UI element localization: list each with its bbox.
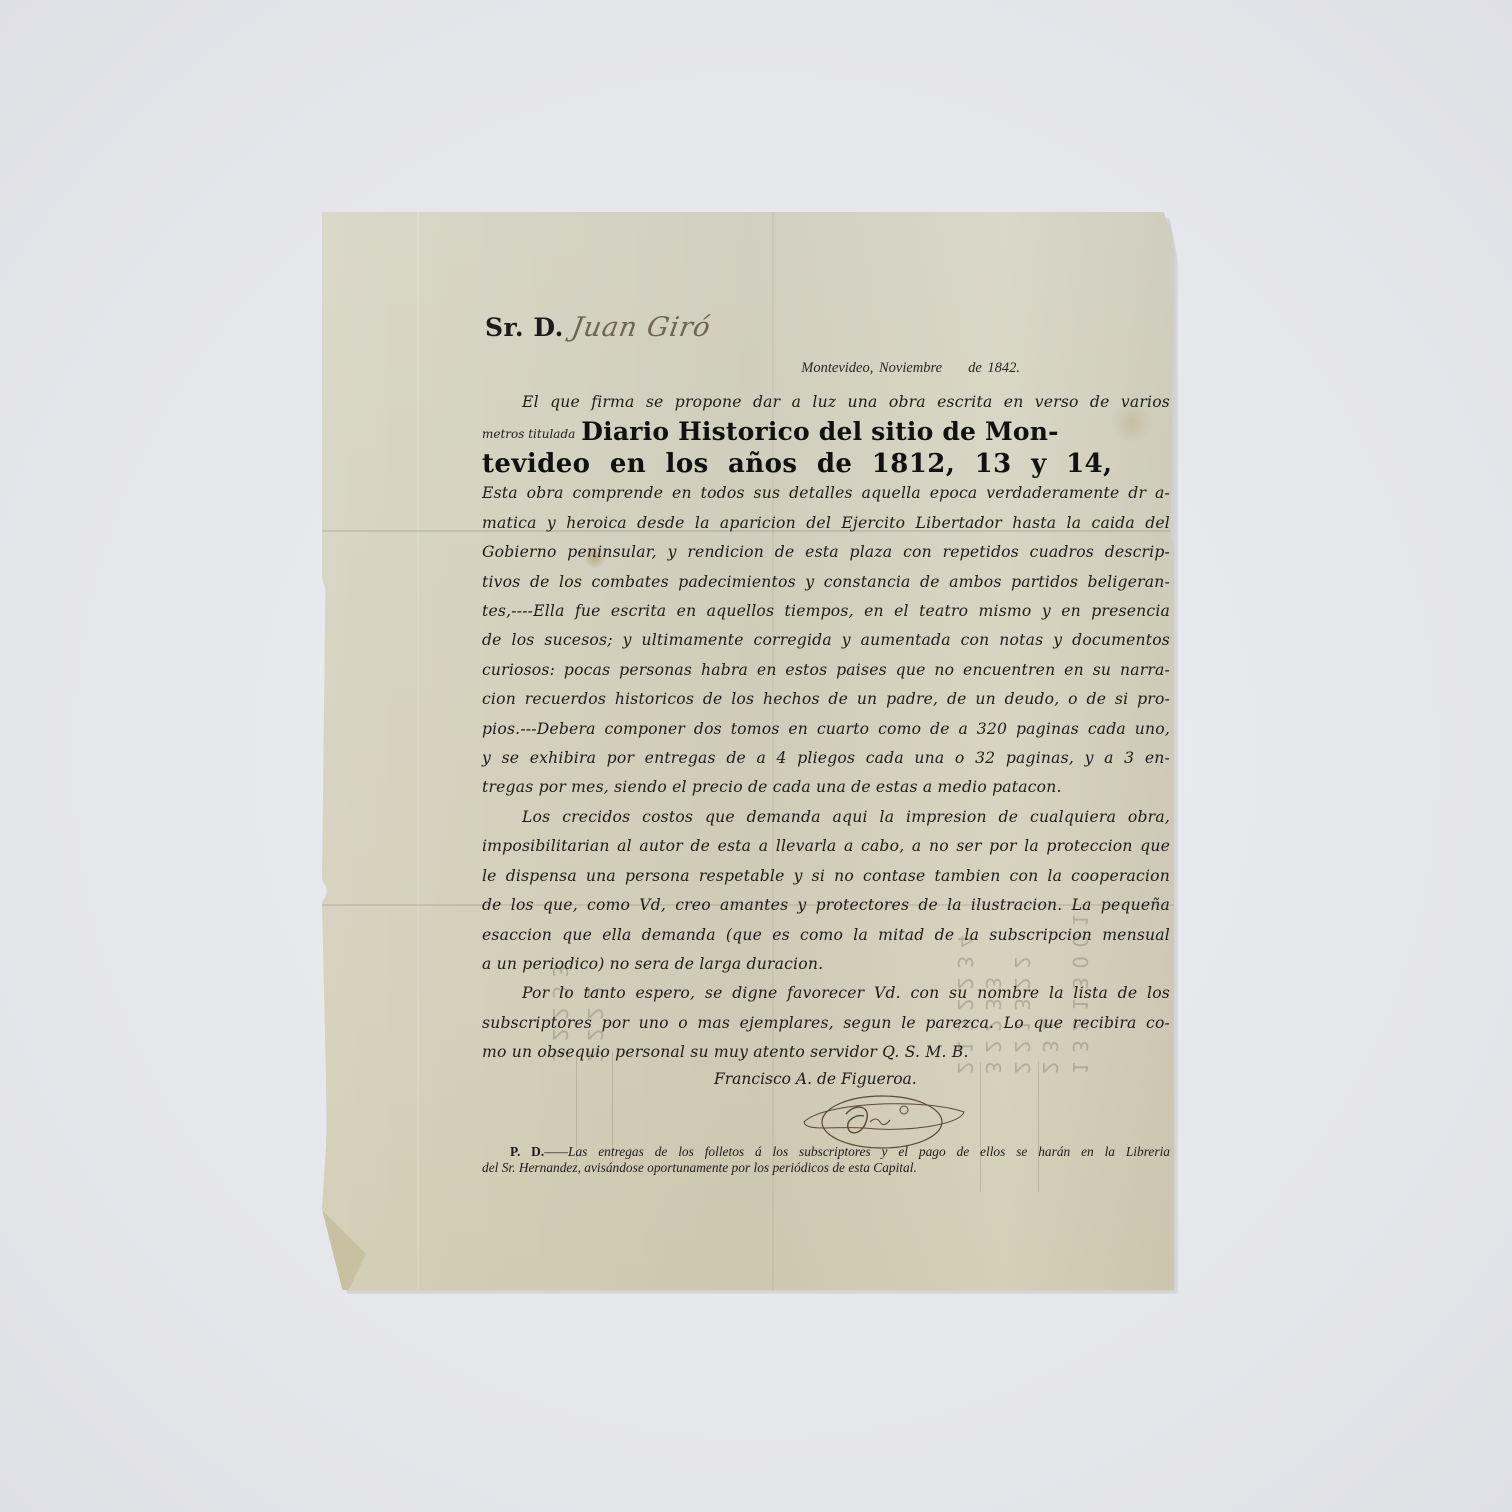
- text-line: y se exhibira por entregas de a 4 pliego…: [482, 744, 1170, 773]
- text-line: de los que, como Vd, creo amantes y prot…: [482, 891, 1170, 920]
- text-line: pios.---Debera componer dos tomos en cua…: [482, 715, 1170, 744]
- work-title-line1: Diario Historico del sitio de Mon-: [581, 417, 1058, 446]
- postscript-label: P. D.: [510, 1144, 544, 1159]
- text-line: subscriptores por uno o mas ejemplares, …: [482, 1009, 1170, 1038]
- text-line: curiosos: pocas personas habra en estos …: [482, 656, 1170, 685]
- postscript-line: del Sr. Hernandez, avisándose oportuname…: [482, 1160, 1170, 1176]
- dateline: Montevideo, Noviembrede 1842.: [801, 360, 1020, 377]
- salutation: Sr. D. Juan Giró: [485, 312, 711, 343]
- text-line: imposibilitarian al autor de esta a llev…: [482, 832, 1170, 861]
- text-line: tes,----Ella fue escrita en aquellos tie…: [482, 597, 1170, 626]
- fold-line: [417, 212, 419, 1290]
- work-title-line2: tevideo en los años de 1812, 13 y 14,: [482, 449, 1170, 479]
- text-line: tregas por mes, siendo el precio de cada…: [482, 773, 1170, 802]
- postscript-text: ——Las entregas de los folletos á los sub…: [544, 1144, 1170, 1159]
- paragraph-costs: Los crecidos costos que demanda aqui la …: [482, 803, 1170, 979]
- paragraph-request: Por lo tanto espero, se digne favorecer …: [482, 979, 1170, 1067]
- text-line: matica y heroica desde la aparicion del …: [482, 509, 1170, 538]
- text-line: le dispensa una persona respetable y si …: [482, 862, 1170, 891]
- dateline-year: de 1842.: [968, 360, 1020, 376]
- title-prefix: metros titulada: [482, 427, 575, 441]
- text-line: Los crecidos costos que demanda aqui la …: [482, 803, 1170, 832]
- letter-sheet: 3 2 2 3 3 2 2 2 2 2 1 3 2 2 3 4 3 2 2 3 …: [322, 212, 1174, 1290]
- text-line: Por lo tanto espero, se digne favorecer …: [482, 979, 1170, 1008]
- work-title: metros tituladaDiario Historico del siti…: [482, 417, 1170, 449]
- text-line: esaccion que ella demanda (que es como l…: [482, 921, 1170, 950]
- postscript: P. D.——Las entregas de los folletos á lo…: [482, 1144, 1170, 1176]
- recipient-name: Juan Giró: [569, 312, 713, 343]
- text-line: Esta obra comprende en todos sus detalle…: [482, 479, 1170, 508]
- text-line: cion recuerdos historicos de los hechos …: [482, 685, 1170, 714]
- text-line: a un periodico) no sera de larga duracio…: [482, 950, 1170, 979]
- text-line: tivos de los combates padecimientos y co…: [482, 568, 1170, 597]
- text-line: El que firma se propone dar a luz una ob…: [482, 388, 1170, 417]
- text-line: mo un obsequio personal su muy atento se…: [482, 1038, 1170, 1067]
- postscript-line: P. D.——Las entregas de los folletos á lo…: [482, 1144, 1170, 1160]
- paragraph-intro: El que firma se propone dar a luz una ob…: [482, 388, 1170, 803]
- dateline-place: Montevideo, Noviembre: [801, 360, 942, 376]
- printed-signature: Francisco A. de Figueroa.: [714, 1070, 917, 1088]
- salutation-prefix: Sr. D.: [485, 313, 564, 342]
- text-line: Gobierno peninsular, y rendicion de esta…: [482, 538, 1170, 567]
- letter-body: El que firma se propone dar a luz una ob…: [482, 388, 1170, 1068]
- text-line: de los sucesos; y ultimamente corregida …: [482, 626, 1170, 655]
